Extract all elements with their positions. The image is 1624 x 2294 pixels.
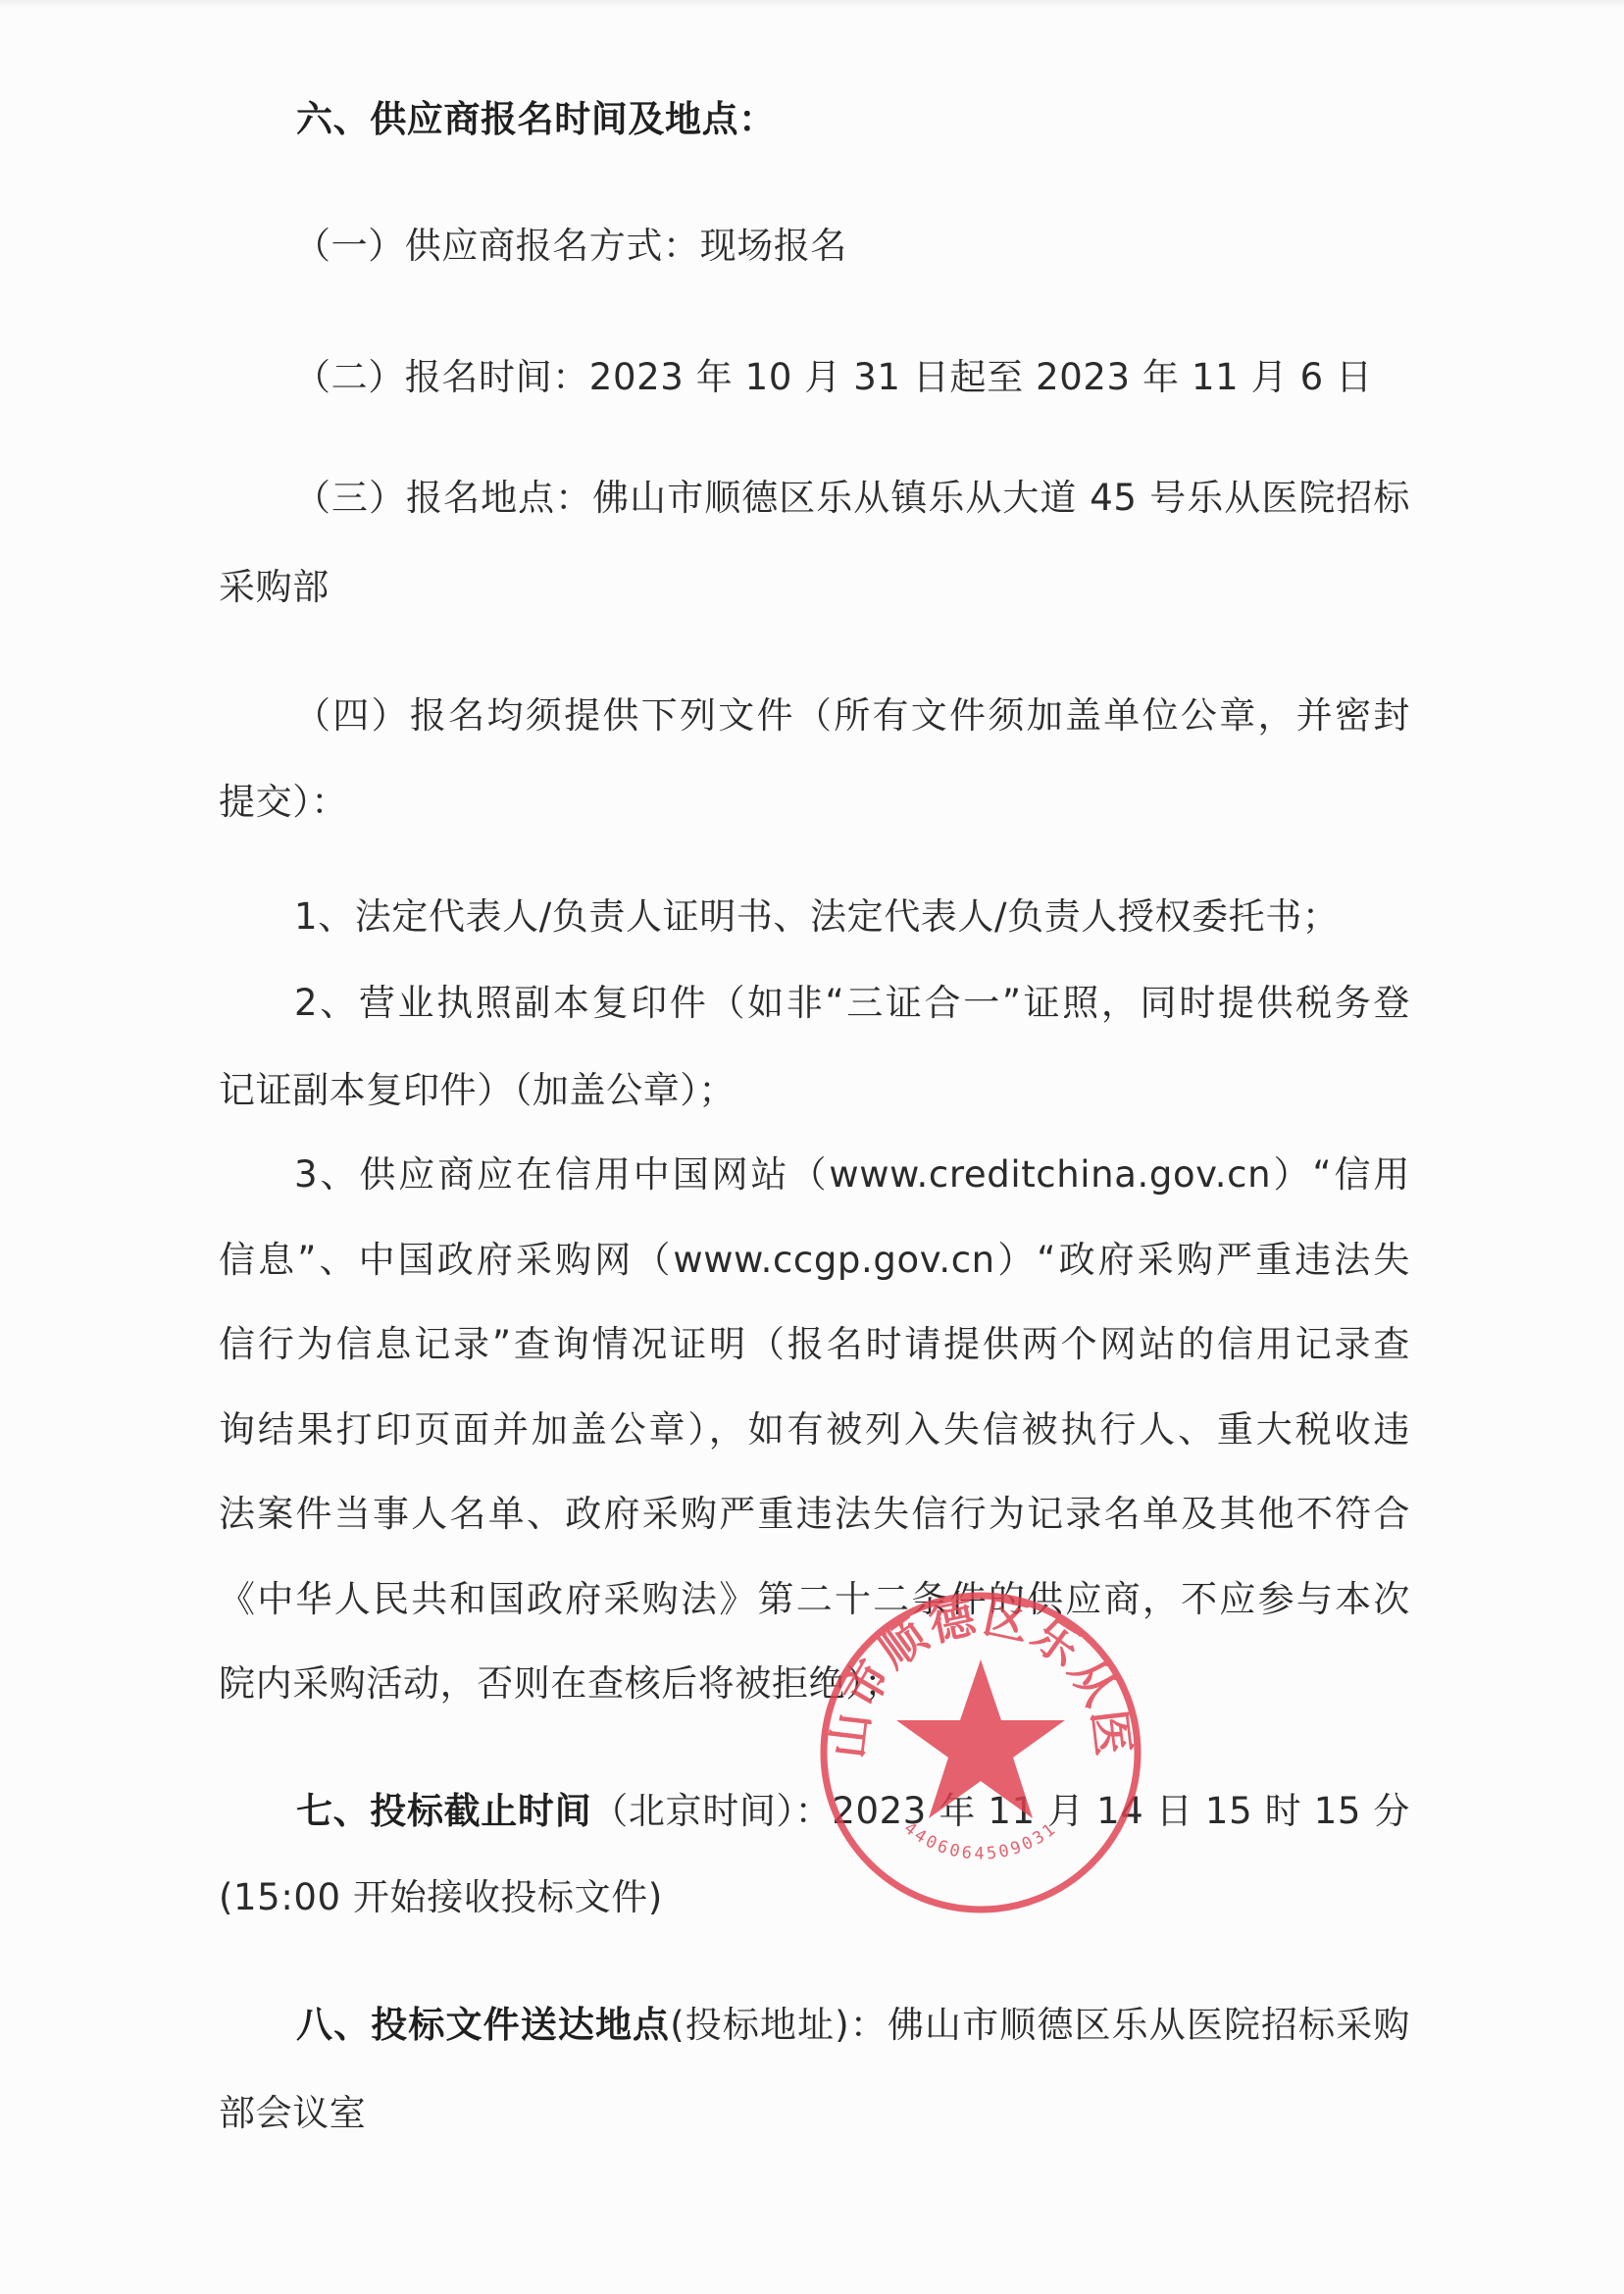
registration-location-line1: （三）报名地点：佛山市顺德区乐从镇乐从大道 45 号乐从医院招标 xyxy=(294,475,1410,522)
section-8-heading: 八、投标文件送达地点(投标地址)：佛山市顺德区乐从医院招标采购 xyxy=(296,2002,1410,2049)
stamp-ring xyxy=(824,1596,1138,1910)
bid-receipt-start: (15:00 开始接收投标文件) xyxy=(219,1874,1410,1921)
document-item-1: 1、法定代表人/负责人证明书、法定代表人/负责人授权委托书； xyxy=(294,893,1410,941)
bid-delivery-label: 八、投标文件送达地点 xyxy=(296,2004,670,2046)
bid-deadline-label: 七、投标截止时间 xyxy=(296,1790,591,1832)
document-item-2-line1: 2、营业执照副本复印件（如非“三证合一”证照，同时提供税务登 xyxy=(294,980,1410,1027)
registration-time: （二）报名时间：2023 年 10 月 31 日起至 2023 年 11 月 6… xyxy=(294,354,1410,401)
document-item-3-line1: 3、供应商应在信用中国网站（www.creditchina.gov.cn）“信用 xyxy=(294,1151,1410,1198)
official-seal-stamp: 佛山市顺德区乐从医院 4406064509031 xyxy=(817,1589,1144,1916)
bid-delivery-location-line2: 部会议室 xyxy=(219,2090,1410,2137)
bid-deadline-value: （北京时间）：2023 年 11 月 14 日 15 时 15 分 xyxy=(591,1790,1410,1832)
section-7-heading: 七、投标截止时间（北京时间）：2023 年 11 月 14 日 15 时 15 … xyxy=(296,1788,1410,1835)
required-documents-intro-line2: 提交）： xyxy=(219,779,1410,826)
scan-edge xyxy=(0,0,1624,8)
document-page: 六、供应商报名时间及地点： （一）供应商报名方式：现场报名 （二）报名时间：20… xyxy=(0,0,1624,2294)
section-6-heading: 六、供应商报名时间及地点： xyxy=(296,96,1410,143)
bid-delivery-value: (投标地址)：佛山市顺德区乐从医院招标采购 xyxy=(670,2004,1410,2046)
document-item-3-line4: 询结果打印页面并加盖公章），如有被列入失信被执行人、重大税收违 xyxy=(219,1406,1410,1453)
document-item-3-line6: 《中华人民共和国政府采购法》第二十二条件的供应商，不应参与本次 xyxy=(219,1576,1410,1623)
document-item-3-line2: 信息”、中国政府采购网（www.ccgp.gov.cn）“政府采购严重违法失 xyxy=(219,1237,1410,1284)
document-item-3-line7: 院内采购活动，否则在查核后将被拒绝）； xyxy=(219,1660,1410,1708)
document-item-3-line3: 信行为信息记录”查询情况证明（报名时请提供两个网站的信用记录查 xyxy=(219,1321,1410,1368)
registration-method: （一）供应商报名方式：现场报名 xyxy=(294,223,1410,270)
registration-location-line2: 采购部 xyxy=(219,564,1410,611)
document-item-3-line5: 法案件当事人名单、政府采购严重违法失信行为记录名单及其他不符合 xyxy=(219,1491,1410,1538)
required-documents-intro-line1: （四）报名均须提供下列文件（所有文件须加盖单位公章，并密封 xyxy=(294,692,1410,739)
document-item-2-line2: 记证副本复印件）（加盖公章）； xyxy=(219,1067,1410,1114)
